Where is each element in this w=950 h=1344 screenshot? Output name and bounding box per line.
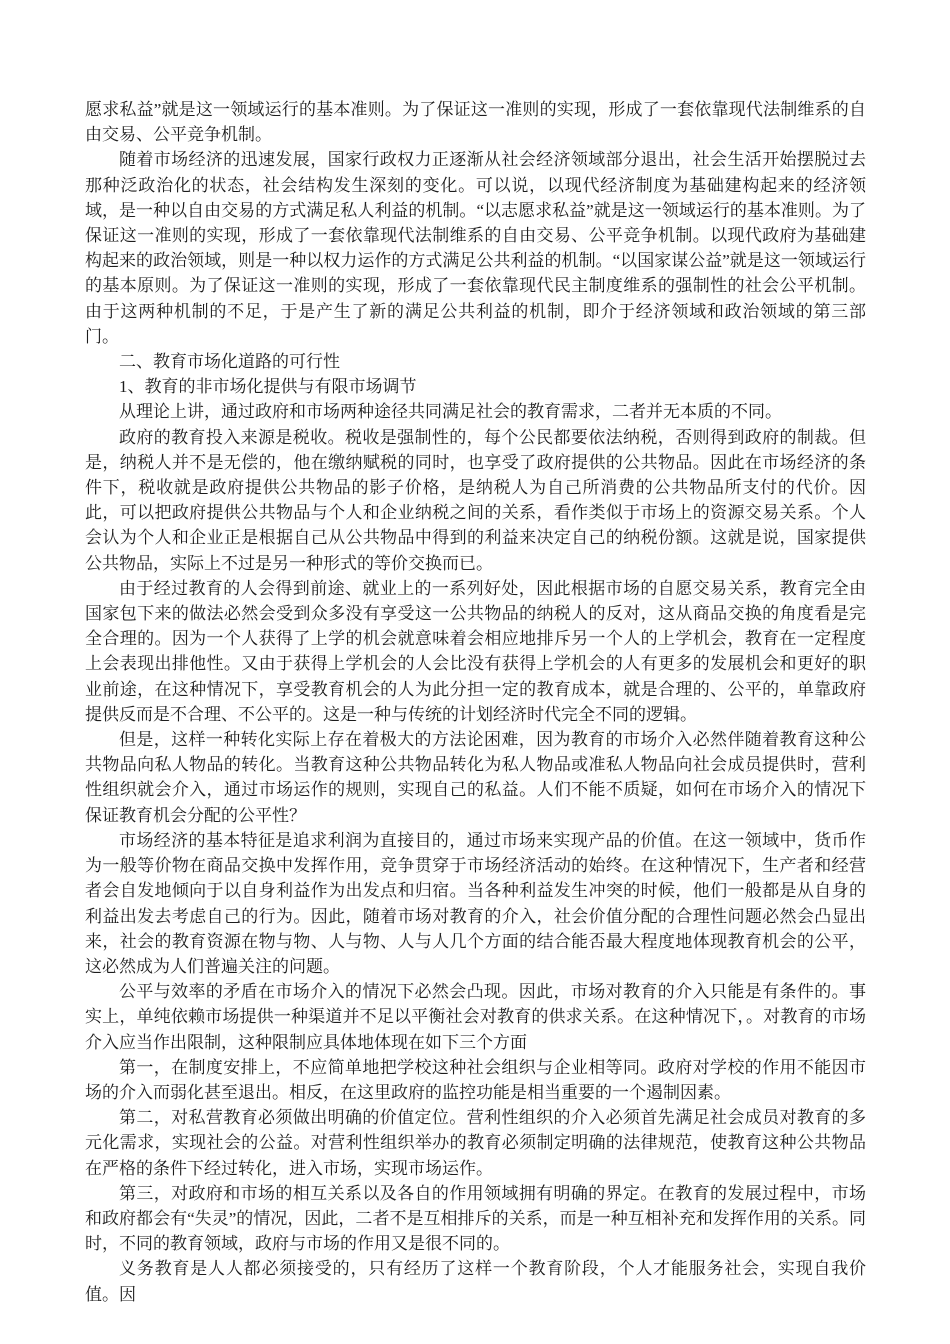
paragraph: 从理论上讲，通过政府和市场两种途径共同满足社会的教育需求，二者并无本质的不同。	[85, 399, 866, 424]
paragraph: 市场经济的基本特征是追求利润为直接目的，通过市场来实现产品的价值。在这一领域中，…	[85, 828, 866, 979]
paragraph: 义务教育是人人都必须接受的，只有经历了这样一个教育阶段，个人才能服务社会，实现自…	[85, 1256, 866, 1306]
subsection-heading: 1、教育的非市场化提供与有限市场调节	[85, 374, 866, 399]
paragraph: 随着市场经济的迅速发展，国家行政权力正逐渐从社会经济领域部分退出，社会生活开始摆…	[85, 147, 866, 349]
section-heading: 二、教育市场化道路的可行性	[85, 349, 866, 374]
paragraph-item-second: 第二，对私营教育必须做出明确的价值定位。营利性组织的介入必须首先满足社会成员对教…	[85, 1105, 866, 1181]
document-page: 愿求私益”就是这一领域运行的基本准则。为了保证这一准则的实现，形成了一套依靠现代…	[0, 0, 950, 1344]
paragraph-continuation: 愿求私益”就是这一领域运行的基本准则。为了保证这一准则的实现，形成了一套依靠现代…	[85, 97, 866, 147]
paragraph: 由于经过教育的人会得到前途、就业上的一系列好处，因此根据市场的自愿交易关系，教育…	[85, 576, 866, 727]
paragraph: 但是，这样一种转化实际上存在着极大的方法论困难，因为教育的市场介入必然伴随着教育…	[85, 727, 866, 828]
paragraph-item-first: 第一，在制度安排上，不应简单地把学校这种社会组织与企业相等同。政府对学校的作用不…	[85, 1055, 866, 1105]
document-text-block: 愿求私益”就是这一领域运行的基本准则。为了保证这一准则的实现，形成了一套依靠现代…	[85, 97, 866, 1307]
paragraph: 政府的教育投入来源是税收。税收是强制性的，每个公民都要依法纳税，否则得到政府的制…	[85, 425, 866, 576]
paragraph-item-third: 第三，对政府和市场的相互关系以及各自的作用领域拥有明确的界定。在教育的发展过程中…	[85, 1181, 866, 1257]
paragraph: 公平与效率的矛盾在市场介入的情况下必然会凸现。因此，市场对教育的介入只能是有条件…	[85, 979, 866, 1055]
